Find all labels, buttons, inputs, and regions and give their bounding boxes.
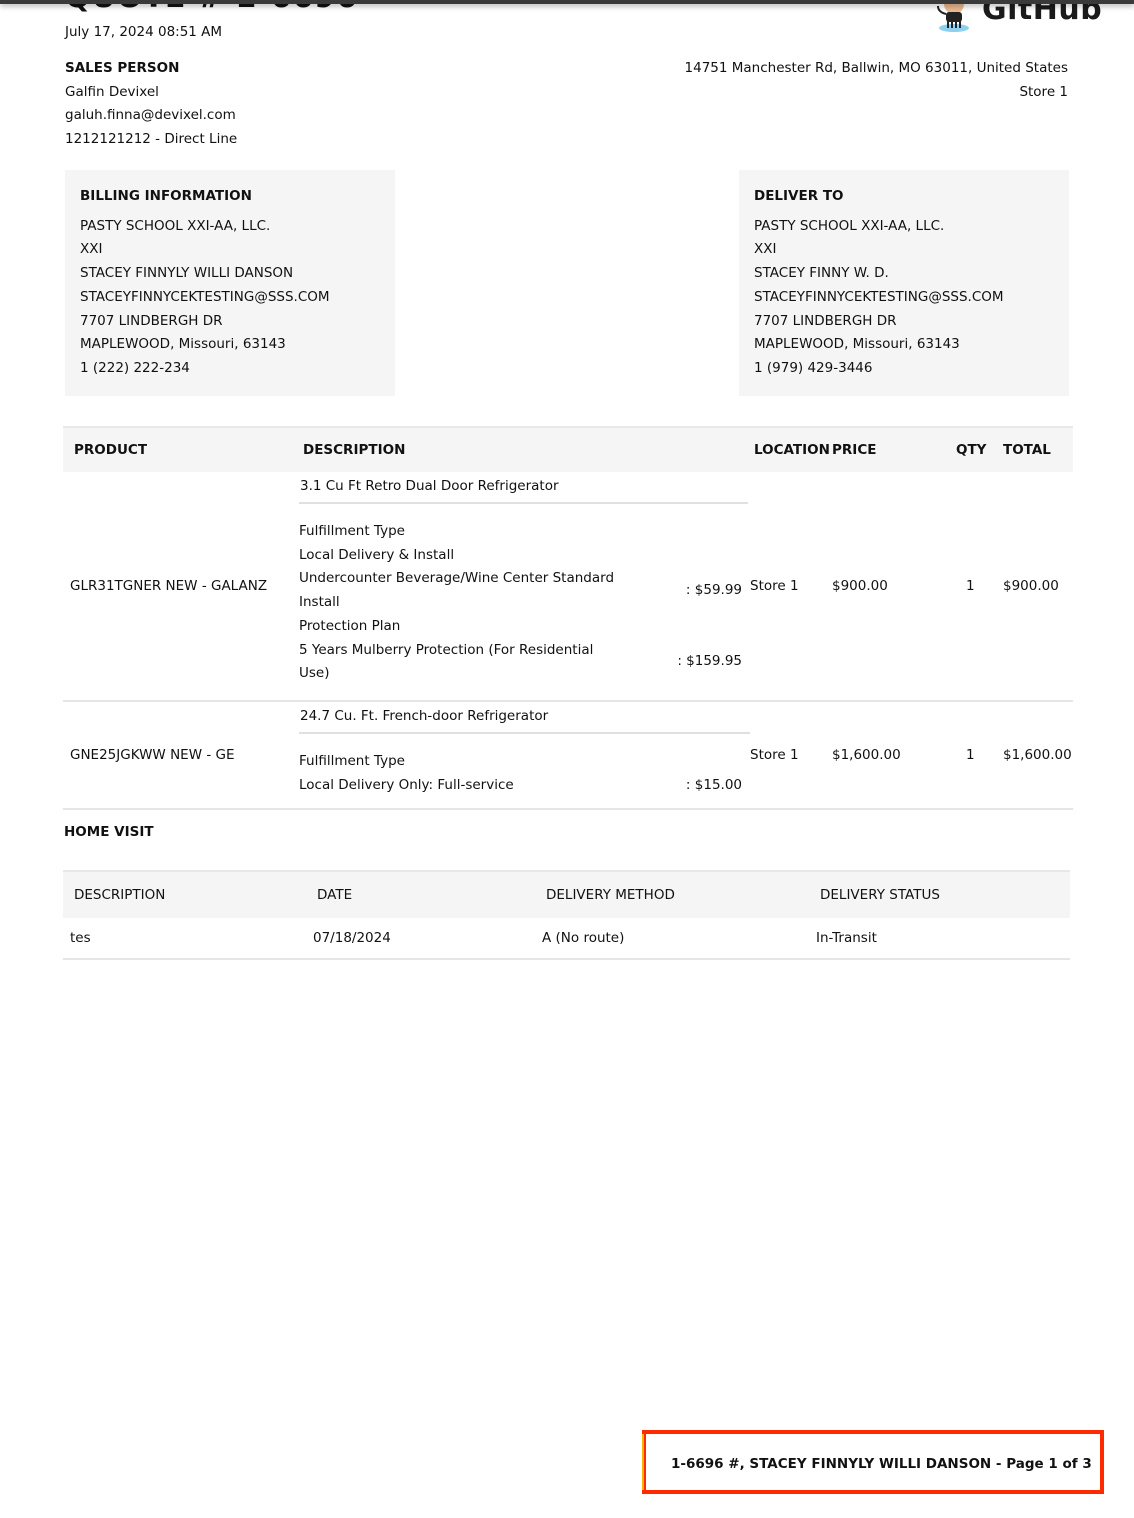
addon-item: 5 Years Mulberry Protection (For Residen…	[299, 639, 750, 686]
billing-line: PASTY SCHOOL XXI-AA, LLC.	[80, 215, 380, 239]
billing-line: 1 (222) 222-234	[80, 357, 380, 381]
store-name: Store 1	[685, 81, 1068, 105]
billing-line: MAPLEWOOD, Missouri, 63143	[80, 333, 380, 357]
store-address-section: 14751 Manchester Rd, Ballwin, MO 63011, …	[685, 57, 1068, 104]
addon-group: Fulfillment Type	[299, 750, 750, 774]
location-cell: Store 1	[750, 472, 832, 701]
billing-line: STACEYFINNYCEKTESTING@SSS.COM	[80, 286, 380, 310]
home-visit-table: DESCRIPTION DATE DELIVERY METHOD DELIVER…	[63, 870, 1070, 960]
company-logo: GitHub	[934, 0, 1074, 34]
description-cell: 3.1 Cu Ft Retro Dual Door Refrigerator F…	[299, 472, 750, 701]
col-total: TOTAL	[1003, 427, 1073, 472]
addon-price: : $159.95	[677, 650, 750, 674]
addon-price: : $15.00	[686, 774, 750, 798]
items-table: PRODUCT DESCRIPTION LOCATION PRICE QTY T…	[63, 426, 1073, 810]
sales-person-phone: 1212121212 - Direct Line	[65, 128, 237, 152]
col-location: LOCATION	[750, 427, 832, 472]
product-cell: GLR31TGNER NEW - GALANZ	[63, 472, 299, 701]
addon-group: Fulfillment Type	[299, 520, 750, 544]
delivery-line: 1 (979) 429-3446	[754, 357, 1054, 381]
sales-person-name: Galfin Devixel	[65, 81, 237, 105]
sales-person-email: galuh.finna@devixel.com	[65, 104, 237, 128]
page-footer-text: 1-6696 #, STACEY FINNYLY WILLI DANSON - …	[671, 1456, 1092, 1472]
col-description: DESCRIPTION	[299, 427, 750, 472]
home-visit-header: DESCRIPTION DATE DELIVERY METHOD DELIVER…	[63, 871, 1070, 918]
store-address: 14751 Manchester Rd, Ballwin, MO 63011, …	[685, 57, 1068, 81]
price-cell: $900.00	[832, 472, 939, 701]
description-cell: 24.7 Cu. Ft. French-door Refrigerator Fu…	[299, 701, 750, 809]
home-visit-heading: HOME VISIT	[64, 824, 154, 840]
addon-item: Local Delivery Only: Full-service : $15.…	[299, 774, 750, 798]
col-qty: QTY	[939, 427, 1003, 472]
delivery-line: STACEYFINNYCEKTESTING@SSS.COM	[754, 286, 1054, 310]
window-top-bar	[0, 0, 1134, 4]
addon-name: Local Delivery & Install	[299, 544, 750, 568]
delivery-line: STACEY FINNY W. D.	[754, 262, 1054, 286]
col-date: DATE	[306, 871, 535, 918]
delivery-line: XXI	[754, 238, 1054, 262]
billing-line: STACEY FINNYLY WILLI DANSON	[80, 262, 380, 286]
billing-line: XXI	[80, 238, 380, 262]
col-product: PRODUCT	[63, 427, 299, 472]
table-row: tes 07/18/2024 A (No route) In-Transit	[63, 918, 1070, 959]
addon-price: : $59.99	[686, 579, 750, 603]
octocat-icon	[934, 0, 974, 34]
logo-text: GitHub	[982, 0, 1102, 27]
col-price: PRICE	[832, 427, 939, 472]
total-cell: $900.00	[1003, 472, 1073, 701]
billing-information-box: BILLING INFORMATION PASTY SCHOOL XXI-AA,…	[65, 170, 395, 396]
visit-description: tes	[63, 918, 306, 959]
qty-cell: 1	[939, 472, 1003, 701]
price-cell: $1,600.00	[832, 701, 939, 809]
col-delivery-method: DELIVERY METHOD	[535, 871, 809, 918]
quote-date: July 17, 2024 08:51 AM	[65, 24, 222, 40]
table-row: GNE25JGKWW NEW - GE 24.7 Cu. Ft. French-…	[63, 701, 1073, 809]
col-description: DESCRIPTION	[63, 871, 306, 918]
product-cell: GNE25JGKWW NEW - GE	[63, 701, 299, 809]
total-cell: $1,600.00	[1003, 701, 1073, 809]
visit-delivery-method: A (No route)	[535, 918, 809, 959]
delivery-line: 7707 LINDBERGH DR	[754, 310, 1054, 334]
sales-person-heading: SALES PERSON	[65, 57, 237, 81]
col-delivery-status: DELIVERY STATUS	[809, 871, 1070, 918]
product-title: 24.7 Cu. Ft. French-door Refrigerator	[299, 702, 750, 734]
addon-item: Undercounter Beverage/Wine Center Standa…	[299, 567, 750, 614]
delivery-line: PASTY SCHOOL XXI-AA, LLC.	[754, 215, 1054, 239]
addon-group: Protection Plan	[299, 615, 750, 639]
delivery-line: MAPLEWOOD, Missouri, 63143	[754, 333, 1054, 357]
location-cell: Store 1	[750, 701, 832, 809]
visit-date: 07/18/2024	[306, 918, 535, 959]
qty-cell: 1	[939, 701, 1003, 809]
product-title: 3.1 Cu Ft Retro Dual Door Refrigerator	[299, 472, 748, 504]
billing-heading: BILLING INFORMATION	[80, 185, 380, 209]
page-footer-highlight: 1-6696 #, STACEY FINNYLY WILLI DANSON - …	[642, 1430, 1104, 1494]
table-row: GLR31TGNER NEW - GALANZ 3.1 Cu Ft Retro …	[63, 472, 1073, 701]
deliver-to-box: DELIVER TO PASTY SCHOOL XXI-AA, LLC. XXI…	[739, 170, 1069, 396]
deliver-heading: DELIVER TO	[754, 185, 1054, 209]
billing-line: 7707 LINDBERGH DR	[80, 310, 380, 334]
items-table-header: PRODUCT DESCRIPTION LOCATION PRICE QTY T…	[63, 427, 1073, 472]
visit-delivery-status: In-Transit	[809, 918, 1070, 959]
sales-person-section: SALES PERSON Galfin Devixel galuh.finna@…	[65, 57, 237, 152]
